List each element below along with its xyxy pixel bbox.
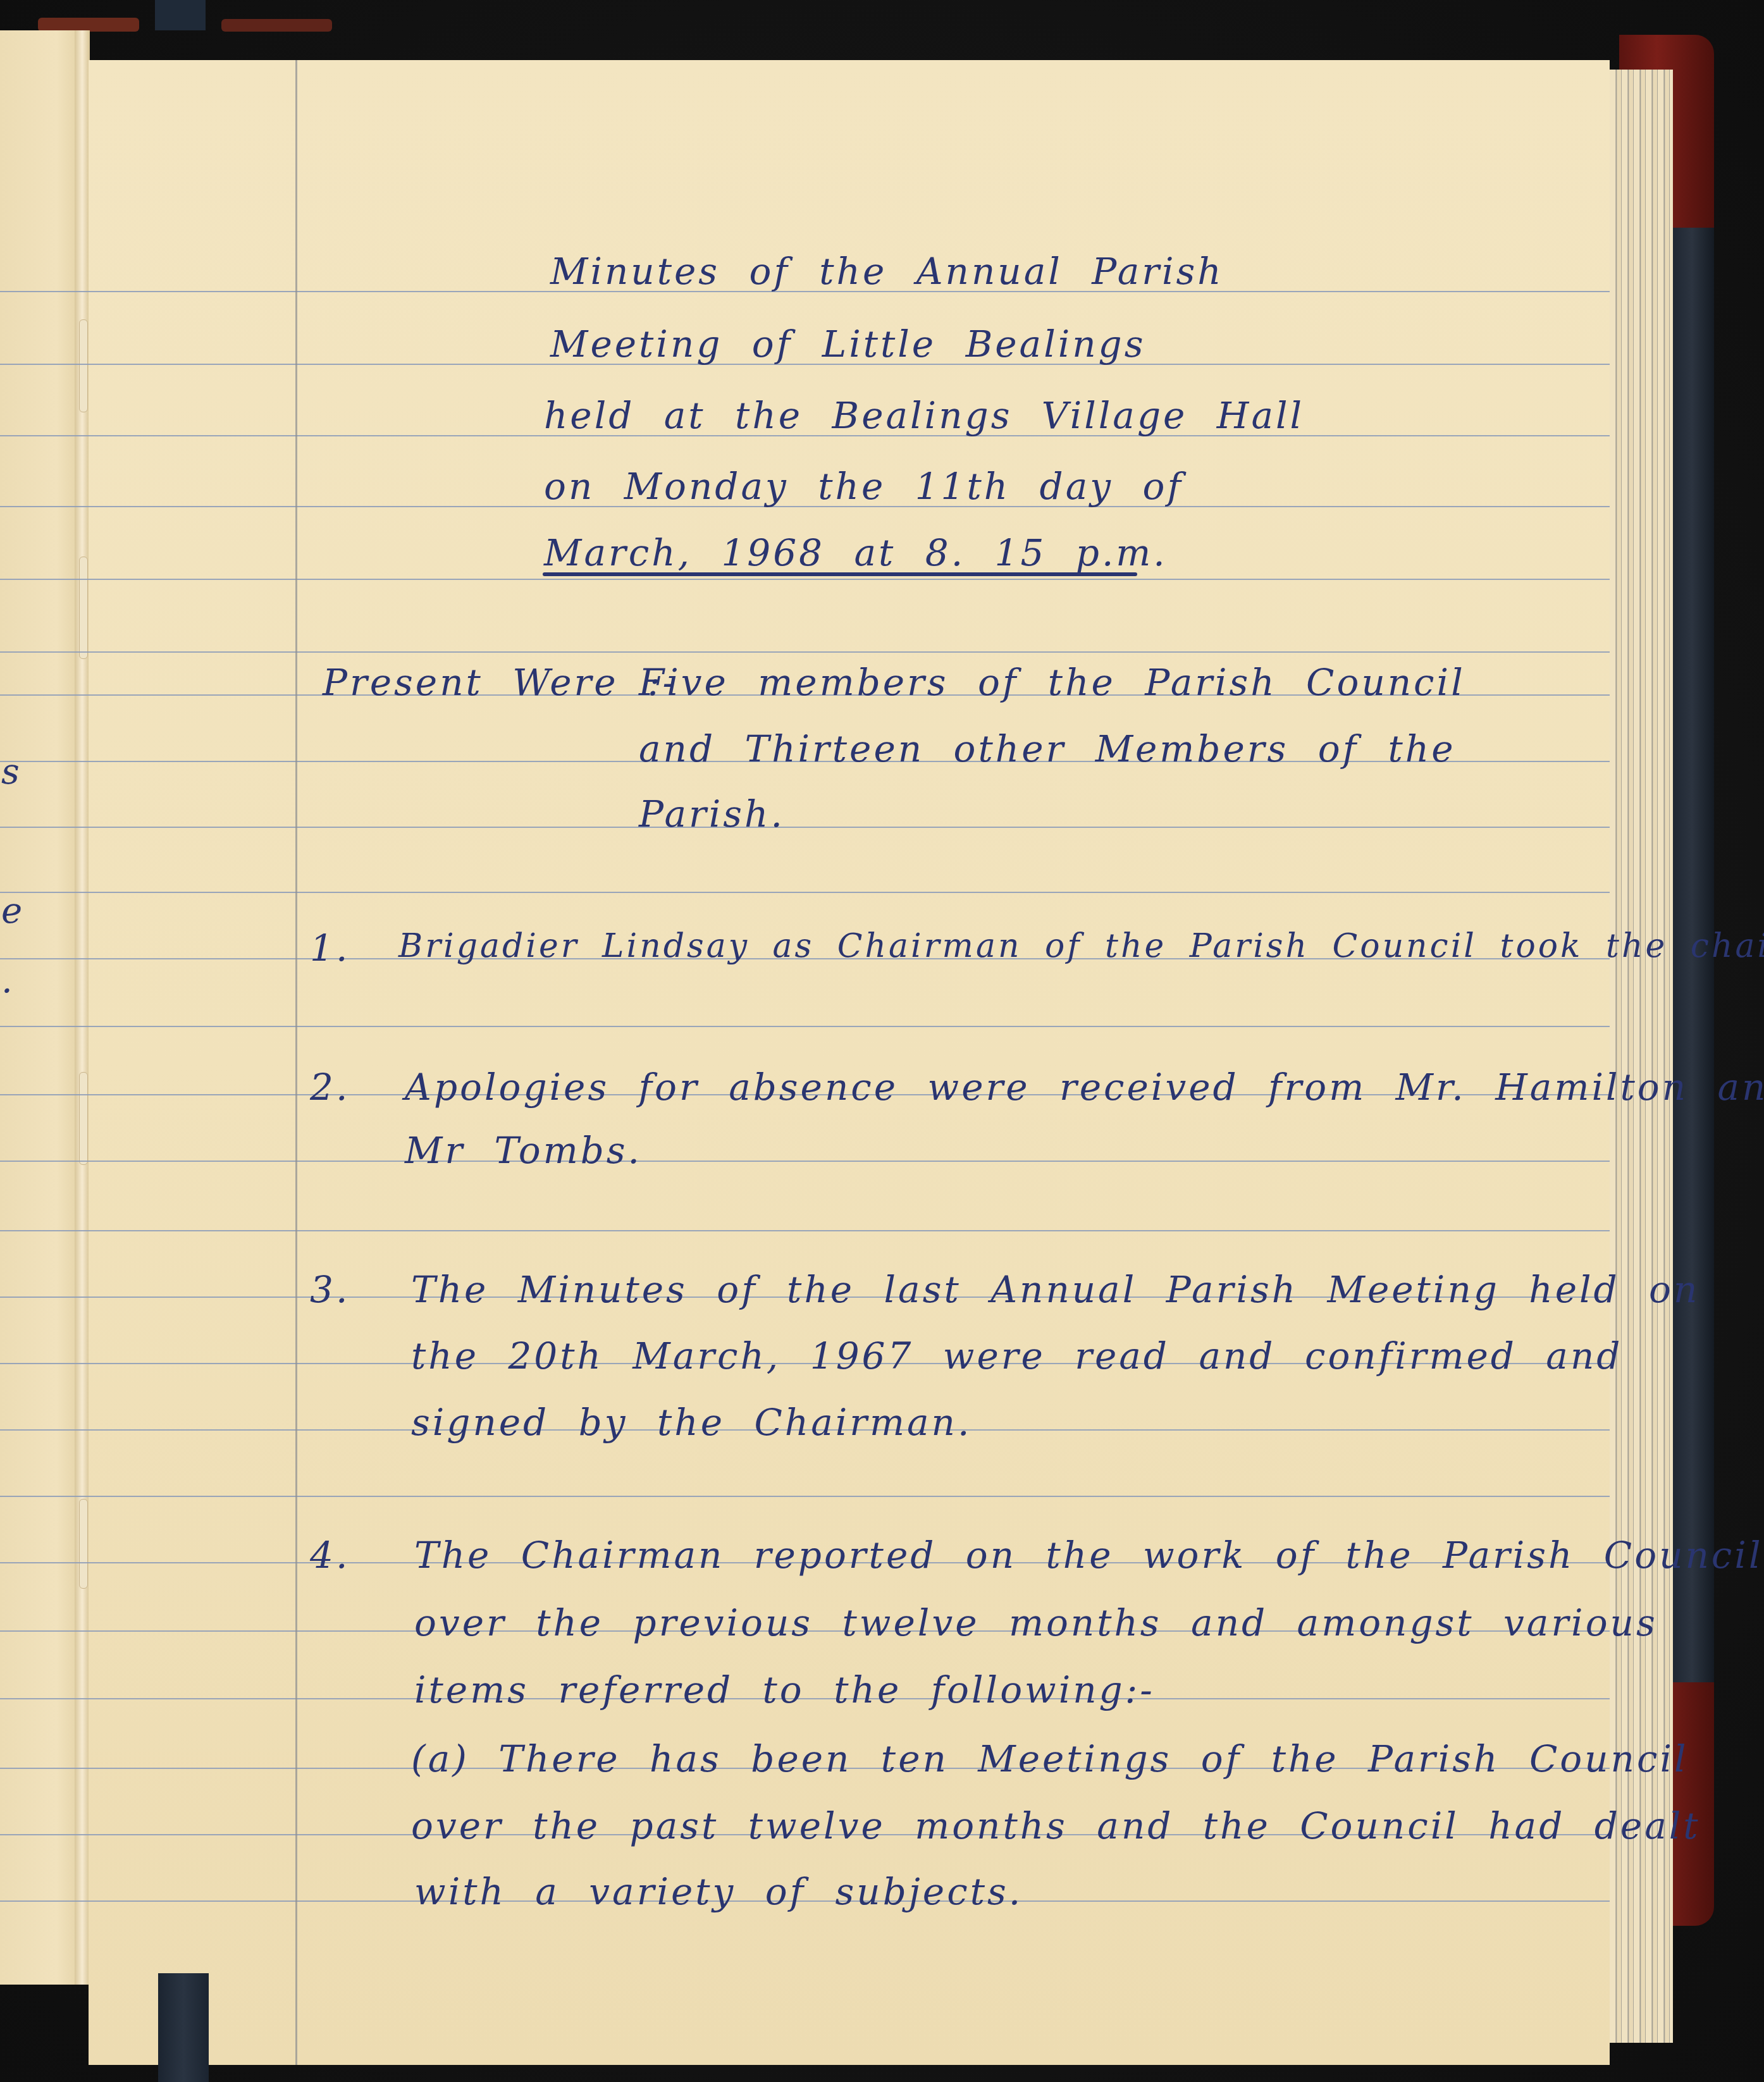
binding-stitch [79, 319, 88, 412]
margin-line [295, 60, 297, 2065]
item-line: The Chairman reported on the work of the… [414, 1537, 1763, 1574]
heading-line: Meeting of Little Bealings [550, 326, 1146, 362]
book-cover-edge [221, 19, 332, 32]
heading-line: on Monday the 11th day of [544, 468, 1183, 505]
present-line: and Thirteen other Members of the [639, 730, 1456, 767]
binding-stitch [79, 557, 88, 659]
item-line: with a variety of subjects. [414, 1873, 1023, 1910]
left-page: s e . [0, 30, 81, 1985]
item-number: 2. [310, 1069, 350, 1106]
book-cover-edge [38, 18, 139, 32]
item-line: the 20th March, 1967 were read and confi… [411, 1338, 1622, 1374]
bookmark-ribbon-top [155, 0, 206, 30]
item-line: Brigadier Lindsay as Chairman of the Par… [398, 930, 1764, 963]
heading-line: Minutes of the Annual Parish [550, 253, 1224, 290]
item-line: over the previous twelve months and amon… [414, 1605, 1658, 1641]
item-line: over the past twelve months and the Coun… [411, 1808, 1701, 1844]
item-number: 4. [310, 1537, 350, 1574]
left-page-fragment: e [1, 890, 22, 932]
item-line: Apologies for absence were received from… [405, 1069, 1764, 1106]
present-line: Parish. [639, 796, 785, 832]
item-number: 3. [310, 1271, 350, 1308]
binding-stitch [79, 1072, 88, 1165]
item-line: signed by the Chairman. [411, 1404, 971, 1441]
heading-line: March, 1968 at 8. 15 p.m. [544, 534, 1168, 571]
present-line: Five members of the Parish Council [639, 664, 1465, 701]
left-page-fragment: . [1, 960, 13, 1001]
bookmark-ribbon-bottom [158, 1973, 209, 2082]
item-line: items referred to the following:- [414, 1672, 1155, 1708]
present-label: Present Were :- [323, 664, 677, 701]
left-page-fragment: s [1, 751, 20, 792]
item-subpoint-line: (a) There has been ten Meetings of the P… [411, 1740, 1689, 1777]
heading-line: held at the Bealings Village Hall [544, 397, 1304, 434]
item-line: The Minutes of the last Annual Parish Me… [411, 1271, 1699, 1308]
heading-underline [543, 572, 1137, 576]
item-line: Mr Tombs. [405, 1132, 642, 1169]
binding-stitch [79, 1499, 88, 1589]
item-number: 1. [310, 930, 350, 966]
